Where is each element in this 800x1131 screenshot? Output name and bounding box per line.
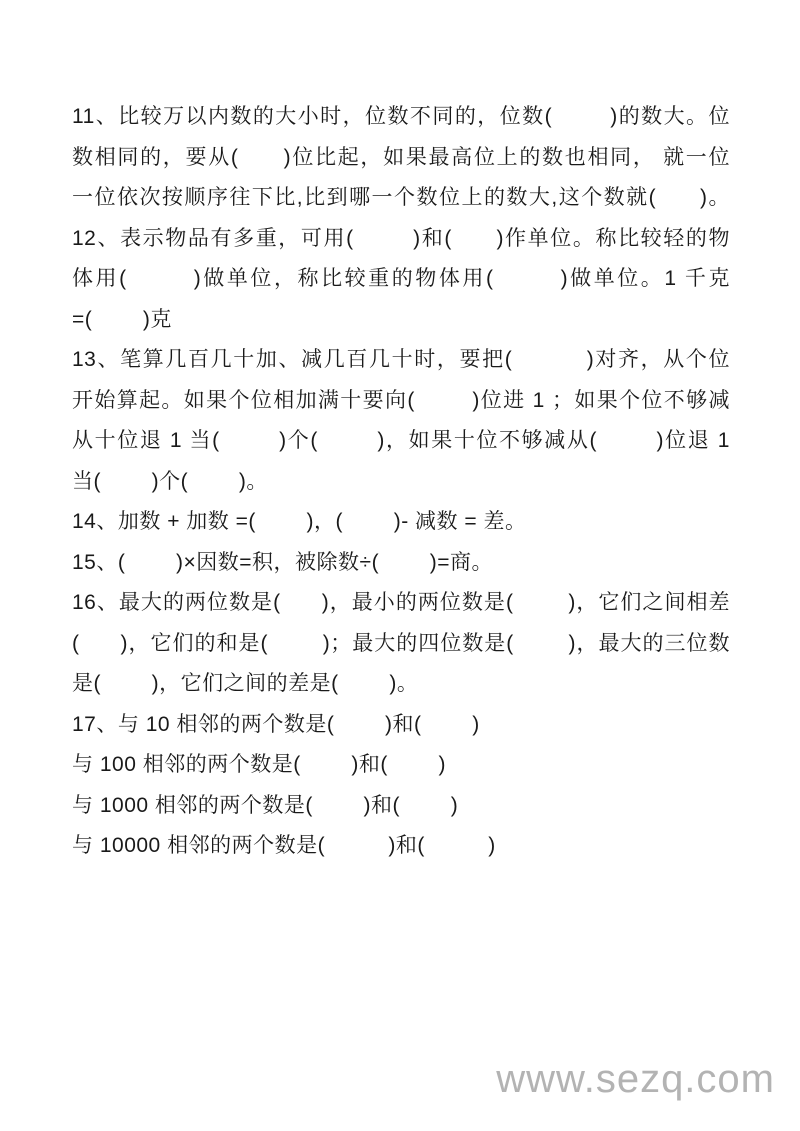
worksheet-line: 数相同的，要从( )位比起，如果最高位上的数也相同， 就一位: [72, 138, 730, 179]
worksheet-line: 15、( )×因数=积，被除数÷( )=商。: [72, 543, 730, 584]
worksheet-line: =( )克: [72, 300, 730, 341]
worksheet-line: ( )，它们的和是( )；最大的四位数是( )，最大的三位数: [72, 624, 730, 665]
worksheet-line: 一位依次按顺序往下比,比到哪一个数位上的数大,这个数就( )。: [72, 178, 730, 219]
worksheet-line: 当( )个( )。: [72, 462, 730, 503]
worksheet-line: 是( )，它们之间的差是( )。: [72, 664, 730, 705]
worksheet-line: 与 10000 相邻的两个数是( )和( ): [72, 826, 730, 867]
worksheet-page: 11、比较万以内数的大小时，位数不同的，位数( )的数大。位 数相同的，要从( …: [72, 97, 730, 867]
worksheet-line: 与 100 相邻的两个数是( )和( ): [72, 745, 730, 786]
worksheet-line: 13、笔算几百几十加、减几百几十时，要把( )对齐，从个位: [72, 340, 730, 381]
worksheet-line: 16、最大的两位数是( )，最小的两位数是( )，它们之间相差: [72, 583, 730, 624]
worksheet-line: 17、与 10 相邻的两个数是( )和( ): [72, 705, 730, 746]
worksheet-line: 与 1000 相邻的两个数是( )和( ): [72, 786, 730, 827]
worksheet-line: 开始算起。如果个位相加满十要向( )位进 1 ；如果个位不够减: [72, 381, 730, 422]
worksheet-line: 14、加数 + 加数 =( )，( )- 减数 = 差。: [72, 502, 730, 543]
worksheet-line: 从十位退 1 当( )个( )，如果十位不够减从( )位退 1: [72, 421, 730, 462]
watermark: www.sezq.com: [496, 1057, 775, 1102]
worksheet-line: 体用( )做单位，称比较重的物体用( )做单位。1 千克: [72, 259, 730, 300]
worksheet-line: 12、表示物品有多重，可用( )和( )作单位。称比较轻的物: [72, 219, 730, 260]
worksheet-line: 11、比较万以内数的大小时，位数不同的，位数( )的数大。位: [72, 97, 730, 138]
